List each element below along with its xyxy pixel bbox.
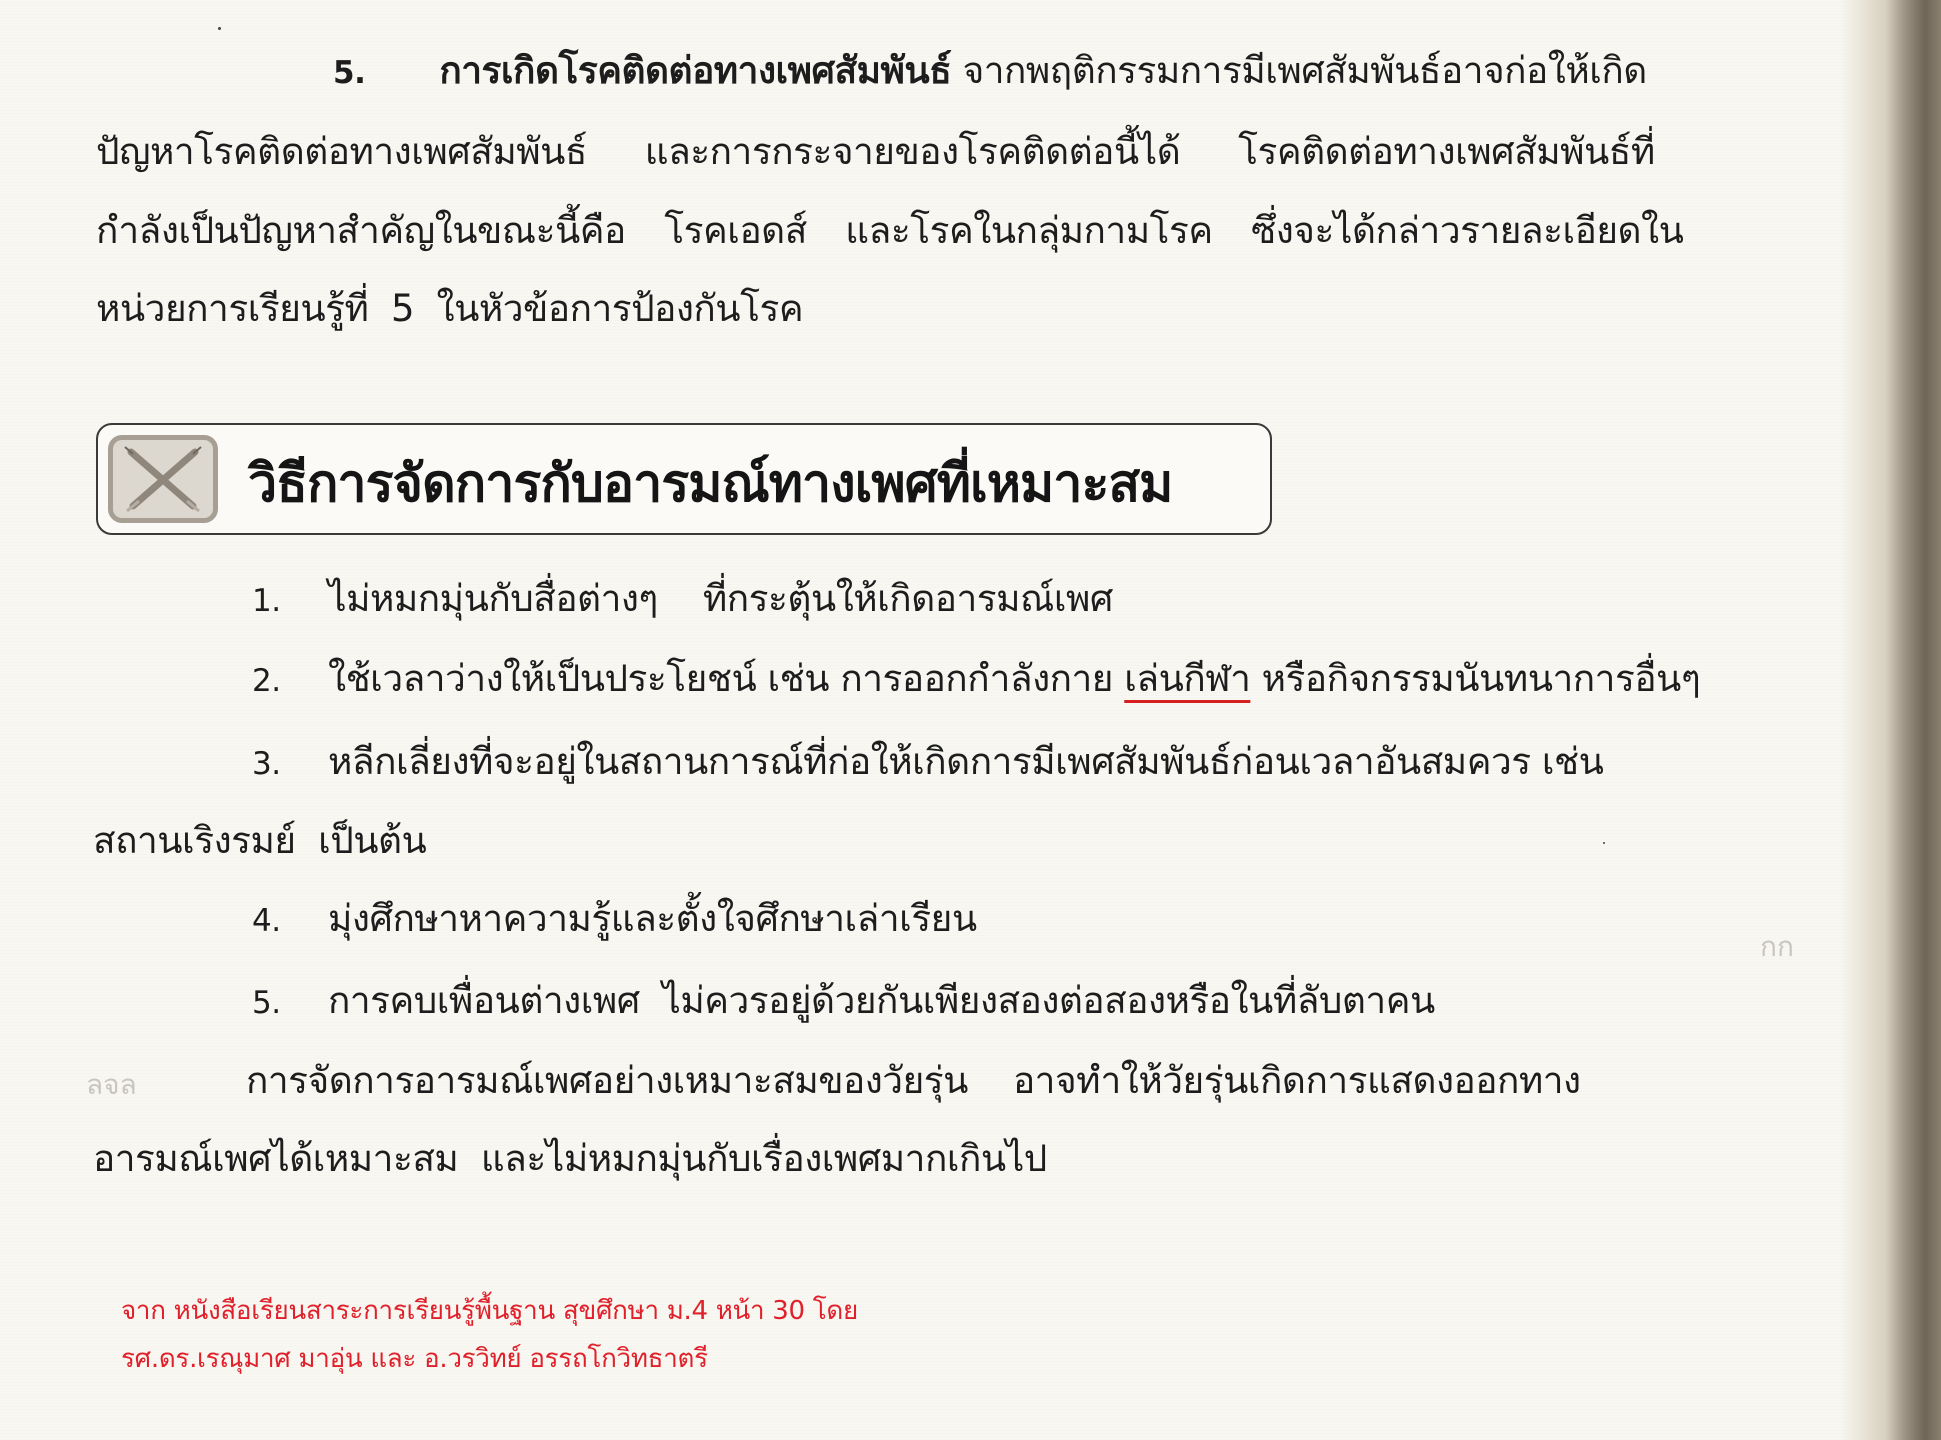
list-item: 1.ไม่หมกมุ่นกับสื่อต่างๆ ที่กระตุ้นให้เก… — [252, 580, 1113, 617]
list-item-continuation: สถานเริงรมย์ เป็นต้น — [93, 822, 426, 859]
list-item: 4.มุ่งศึกษาหาความรู้และตั้งใจศึกษาเล่าเร… — [252, 900, 977, 937]
intro-line-1: 5.การเกิดโรคติดต่อทางเพศสัมพันธ์ จากพฤติ… — [333, 52, 1647, 89]
intro-line-4-text: หน่วยการเรียนรู้ที่ 5 ในหัวข้อการป้องกัน… — [96, 287, 803, 330]
intro-line-4: หน่วยการเรียนรู้ที่ 5 ในหัวข้อการป้องกัน… — [96, 290, 803, 327]
list-item-text: ไม่หมกมุ่นกับสื่อต่างๆ ที่กระตุ้นให้เกิด… — [328, 577, 1113, 620]
intro-line-2: ปัญหาโรคติดต่อทางเพศสัมพันธ์ และการกระจา… — [96, 133, 1826, 170]
list-item-number: 5. — [252, 988, 328, 1019]
list-item-text: การคบเพื่อนต่างเพศ ไม่ควรอยู่ด้วยกันเพีย… — [328, 979, 1435, 1022]
list-item-continuation-text: สถานเริงรมย์ เป็นต้น — [93, 819, 426, 862]
intro-line-3: กำลังเป็นปัญหาสำคัญในขณะนี้คือ โรคเอดส์ … — [96, 212, 1826, 249]
conclusion-line-2-text: อารมณ์เพศได้เหมาะสม และไม่หมกมุ่นกับเรื่… — [93, 1137, 1047, 1180]
conclusion-line-1: การจัดการอารมณ์เพศอย่างเหมาะสมของวัยรุ่น… — [246, 1062, 1581, 1099]
intro-bold-title: การเกิดโรคติดต่อทางเพศสัมพันธ์ — [439, 49, 951, 92]
list-item-number: 1. — [252, 586, 328, 617]
list-item-number: 2. — [252, 666, 328, 697]
list-item: 2.ใช้เวลาว่างให้เป็นประโยชน์ เช่น การออก… — [252, 660, 1700, 697]
intro-item-number: 5. — [333, 58, 365, 89]
list-item-text: หลีกเลี่ยงที่จะอยู่ในสถานการณ์ที่ก่อให้เ… — [328, 740, 1603, 783]
list-item-number: 3. — [252, 749, 328, 780]
list-item-text: มุ่งศึกษาหาความรู้และตั้งใจศึกษาเล่าเรีย… — [328, 897, 977, 940]
conclusion-line-2: อารมณ์เพศได้เหมาะสม และไม่หมกมุ่นกับเรื่… — [93, 1140, 1047, 1177]
source-caption-line-2: รศ.ดร.เรณุมาศ มาอุ่น และ อ.วรวิทย์ อรรถโ… — [121, 1338, 708, 1379]
section-title: วิธีการจัดการกับอารมณ์ทางเพศที่เหมาะสม — [248, 441, 1172, 524]
list-item-text-after: หรือกิจกรรมนันทนาการอื่นๆ — [1250, 657, 1700, 700]
bleed-through-mark: ลจล — [86, 1063, 137, 1107]
list-item: 5.การคบเพื่อนต่างเพศ ไม่ควรอยู่ด้วยกันเพ… — [252, 982, 1435, 1019]
conclusion-line-1-text: การจัดการอารมณ์เพศอย่างเหมาะสมของวัยรุ่น… — [246, 1059, 1581, 1102]
intro-line-1-text: จากพฤติกรรมการมีเพศสัมพันธ์อาจก่อให้เกิด — [963, 49, 1647, 92]
intro-line-2-text: ปัญหาโรคติดต่อทางเพศสัมพันธ์ และการกระจา… — [96, 130, 1655, 173]
source-caption-line-1: จาก หนังสือเรียนสาระการเรียนรู้พื้นฐาน ส… — [121, 1290, 858, 1331]
scanned-page: 5.การเกิดโรคติดต่อทางเพศสัมพันธ์ จากพฤติ… — [0, 0, 1941, 1440]
bleed-through-mark: กก — [1760, 925, 1794, 969]
list-item-text: ใช้เวลาว่างให้เป็นประโยชน์ เช่น การออกกำ… — [328, 657, 1124, 700]
list-item: 3.หลีกเลี่ยงที่จะอยู่ในสถานการณ์ที่ก่อให… — [252, 743, 1603, 780]
scan-speck — [218, 27, 221, 30]
crossed-syringes-icon — [108, 435, 218, 523]
intro-line-3-text: กำลังเป็นปัญหาสำคัญในขณะนี้คือ โรคเอดส์ … — [96, 209, 1683, 252]
list-item-number: 4. — [252, 906, 328, 937]
scan-speck — [1603, 842, 1605, 844]
underlined-phrase: เล่นกีฬา — [1124, 657, 1250, 700]
section-heading-box: วิธีการจัดการกับอารมณ์ทางเพศที่เหมาะสม — [96, 423, 1272, 535]
